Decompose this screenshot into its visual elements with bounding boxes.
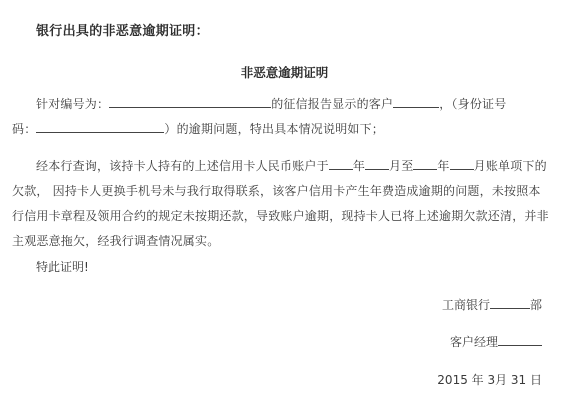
end-year-blank xyxy=(413,157,437,170)
start-year-blank xyxy=(329,157,353,170)
bank-name: 工商银行 xyxy=(442,298,490,312)
text-segment: 年 xyxy=(437,159,449,173)
text-segment: 月至 xyxy=(389,159,413,173)
text-segment: 月账单项下 xyxy=(474,159,535,173)
manager-label: 客户经理 xyxy=(450,335,498,349)
text-segment: 针对编号为： xyxy=(36,97,109,111)
department-blank xyxy=(490,296,530,309)
paragraph-investigation: 经本行查询，该持卡人持有的上述信用卡人民币账户于年月至年月账单项下的欠款， 因持… xyxy=(12,154,552,254)
id-number-blank xyxy=(36,120,164,133)
signature-manager: 客户经理 xyxy=(450,333,542,350)
text-segment: 年 xyxy=(353,159,365,173)
customer-name-blank xyxy=(393,95,439,108)
report-number-blank xyxy=(109,95,271,108)
text-segment: ）的逾期问题，特出具本情况说明如下； xyxy=(164,122,384,136)
department-suffix: 部 xyxy=(530,298,542,312)
text-segment: 经本行查询，该持卡人持有的上述信用卡人民币账户于 xyxy=(36,159,329,173)
text-segment: ，（身份证号 xyxy=(439,97,506,111)
paragraph-report-reference: 针对编号为：的征信报告显示的客户，（身份证号码：）的逾期问题，特出具本情况说明如… xyxy=(12,92,552,142)
document-title: 非恶意逾期证明 xyxy=(0,63,569,81)
manager-name-blank xyxy=(498,333,542,346)
end-month-blank xyxy=(450,157,474,170)
signature-bank: 工商银行部 xyxy=(442,296,542,313)
signature-date: 2015 年 3月 31 日 xyxy=(437,371,542,388)
text-segment: 码： xyxy=(12,122,36,136)
text-segment: 的征信报告显示的客户 xyxy=(271,97,393,111)
closing-statement: 特此证明! xyxy=(36,258,89,275)
start-month-blank xyxy=(365,157,389,170)
document-heading: 银行出具的非恶意逾期证明： xyxy=(36,20,209,39)
